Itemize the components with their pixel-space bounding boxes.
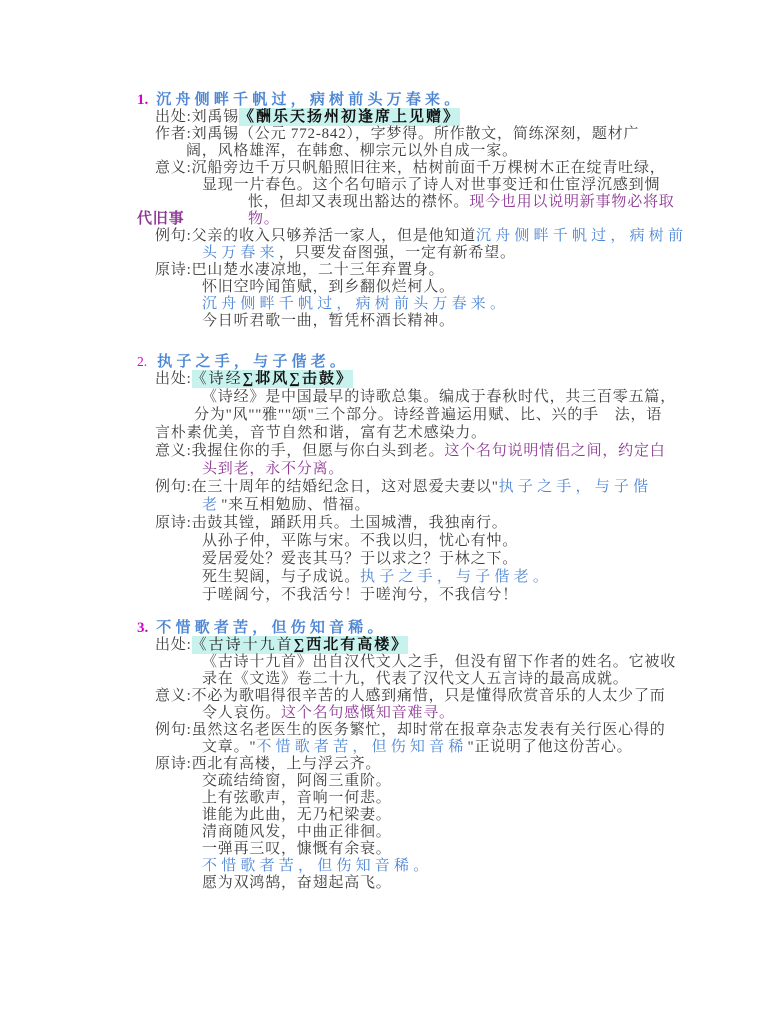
famous-line-text: 不惜歌者苦，但伤知音稀 <box>256 739 467 755</box>
doc-line: 死生契阔，与子成说。执子之手，与子偕老。 <box>0 569 768 586</box>
body-text: 愿为双鸿鹄，奋翅起高飞。 <box>202 875 392 891</box>
section-title: 不惜歌者苦，但伤知音稀。 <box>156 620 386 636</box>
doc-line: 意义:沉船旁边千万只帆船照旧往来，枯树前面千万棵树木正在绽青吐绿， <box>0 160 768 177</box>
body-text: 出处: <box>155 637 192 653</box>
doc-line: 《古诗十九首》出自汉代文人之手，但没有留下作者的姓名。它被收 <box>0 654 768 671</box>
body-text: 阔，风格雄浑，在韩愈、柳宗元以外自成一家。 <box>186 143 518 159</box>
doc-line: 从孙子仲，平陈与宋。不我以归，忧心有忡。 <box>0 533 768 550</box>
annotation-text: 现今也用以说明新事物必将取 <box>469 194 674 210</box>
source-title-highlight: 《诗经 <box>192 370 243 388</box>
annotation-text-bold: 代旧事 <box>137 211 184 227</box>
source-title-highlight-bold: 《酬乐天扬州初逢席上见赠》 <box>239 108 460 126</box>
doc-line: 原诗:击鼓其镗，踊跃用兵。土国城漕，我独南行。 <box>0 515 768 532</box>
doc-line: 录在《文选》卷二十九，代表了汉代文人五言诗的最高成就。 <box>0 671 768 688</box>
doc-line: 原诗:巴山楚水凄凉地，二十三年弃置身。 <box>0 262 768 279</box>
famous-line-text: 不惜歌者苦，但伤知音稀。 <box>202 858 432 874</box>
section-heading: 3.不惜歌者苦，但伤知音稀。 <box>0 620 768 637</box>
body-text: 原诗:击鼓其镗，踊跃用兵。土国城漕，我独南行。 <box>155 515 508 531</box>
doc-line: 令人哀伤。这个名句感慨知音难寻。 <box>0 705 768 722</box>
doc-line: 文章。"不惜歌者苦，但伤知音稀"正说明了他这份苦心。 <box>0 739 768 756</box>
doc-line: 上有弦歌声，音响一何悲。 <box>0 790 768 807</box>
body-text: 今日听君歌一曲，暂凭杯酒长精神。 <box>202 313 455 329</box>
section-number: 2. <box>137 354 147 369</box>
doc-line: 交疏结绮窗，阿阁三重阶。 <box>0 773 768 790</box>
body-text: 谁能为此曲，无乃杞梁妻。 <box>202 807 392 823</box>
source-title-highlight: 《古诗十九首 <box>192 636 294 654</box>
source-title-highlight-bold: ∑西北有高楼》 <box>294 636 409 654</box>
doc-line: 代旧事物。 <box>0 211 768 228</box>
doc-line: 出处:《古诗十九首∑西北有高楼》 <box>0 637 768 654</box>
body-text: 出处:刘禹锡 <box>155 109 239 125</box>
doc-line: 作者:刘禹锡（公元 772-842），字梦得。所作散文，简练深刻，题材广 <box>0 126 768 143</box>
doc-line: 怀旧空吟闻笛赋，到乡翻似烂柯人。 <box>0 279 768 296</box>
body-text: 意义:沉船旁边千万只帆船照旧往来，枯树前面千万棵树木正在绽青吐绿， <box>155 160 666 176</box>
body-text: 交疏结绮窗，阿阁三重阶。 <box>202 773 392 789</box>
annotation-text: 物。 <box>248 211 280 228</box>
body-text: 原诗:巴山楚水凄凉地，二十三年弃置身。 <box>155 262 444 278</box>
doc-line: 愿为双鸿鹄，奋翅起高飞。 <box>0 875 768 892</box>
section-number: 3. <box>137 620 148 636</box>
body-text: 作者:刘禹锡（公元 772-842），字梦得。所作散文，简练深刻，题材广 <box>155 126 639 142</box>
annotation-text: 这个名句感慨知音难寻。 <box>281 705 455 721</box>
doc-line: 言朴素优美，音节自然和谐，富有艺术感染力。 <box>0 425 768 442</box>
body-text: 于嗟阔兮，不我活兮！于嗟洵兮，不我信兮！ <box>202 587 518 603</box>
doc-line: 头到老，永不分离。 <box>0 461 768 478</box>
doc-line: 今日听君歌一曲，暂凭杯酒长精神。 <box>0 313 768 330</box>
doc-line: 出处:刘禹锡《酬乐天扬州初逢席上见赠》 <box>0 109 768 126</box>
doc-line: 怅，但却又表现出豁达的襟怀。现今也用以说明新事物必将取 <box>0 194 768 211</box>
body-text: "来互相勉励、惜福。 <box>221 497 370 513</box>
doc-line: 不惜歌者苦，但伤知音稀。 <box>0 858 768 875</box>
body-text: 令人哀伤。 <box>202 705 281 721</box>
body-text: 录在《文选》卷二十九，代表了汉代文人五言诗的最高成就。 <box>202 671 629 687</box>
doc-line: 例句:在三十周年的结婚纪念日，这对恩爱夫妻以"执子之手，与子偕 <box>0 479 768 496</box>
doc-line: 《诗经》是中国最早的诗歌总集。编成于春秋时代，共三百零五篇， <box>0 389 768 406</box>
body-text: 怅，但却又表现出豁达的襟怀。 <box>248 194 469 210</box>
body-text: ，只要发奋图强，一定有新希望。 <box>279 245 516 261</box>
section-title: 执子之手，与子偕老。 <box>157 354 349 370</box>
doc-line: 分为"风""雅""颂"三个部分。诗经普遍运用赋、比、兴的手 法，语 <box>0 407 768 424</box>
annotation-text: 这个名句说明情侣之间，约定白 <box>444 443 665 459</box>
source-title-highlight-bold: ∑邶风∑击鼓》 <box>243 370 353 388</box>
doc-line: 意义:不必为歌唱得很辛苦的人感到痛惜，只是懂得欣赏音乐的人太少了而 <box>0 688 768 705</box>
section-heading: 1.沉舟侧畔千帆过，病树前头万春来。 <box>0 92 768 109</box>
doc-line: 意义:我握住你的手，但愿与你白头到老。这个名句说明情侣之间，约定白 <box>0 443 768 460</box>
doc-line: 阔，风格雄浑，在韩愈、柳宗元以外自成一家。 <box>0 143 768 160</box>
section-number: 1. <box>137 92 148 108</box>
section-heading: 2.执子之手，与子偕老。 <box>0 353 768 370</box>
doc-line: 显现一片春色。这个名句暗示了诗人对世事变迁和仕宦浮沉感到惆 <box>0 177 768 194</box>
doc-line: 出处:《诗经∑邶风∑击鼓》 <box>0 371 768 388</box>
doc-line: 沉舟侧畔千帆过，病树前头万春来。 <box>0 296 768 313</box>
famous-line-text: 执子之手，与子偕 <box>499 479 653 495</box>
famous-line-text: 头万春来 <box>202 245 279 261</box>
body-text: 意义:不必为歌唱得很辛苦的人感到痛惜，只是懂得欣赏音乐的人太少了而 <box>155 688 666 704</box>
body-text: 显现一片春色。这个名句暗示了诗人对世事变迁和仕宦浮沉感到惆 <box>202 177 660 193</box>
famous-line-text: 执子之手，与子偕老。 <box>360 569 552 585</box>
body-text: 出处: <box>155 371 192 387</box>
body-text: "正说明了他这份苦心。 <box>468 739 633 755</box>
body-text: 意义:我握住你的手，但愿与你白头到老。 <box>155 443 444 459</box>
body-text: 上有弦歌声，音响一何悲。 <box>202 790 392 806</box>
doc-line: 一弹再三叹，慷慨有余衰。 <box>0 841 768 858</box>
famous-line-text: 沉舟侧畔千帆过，病树前 <box>476 228 687 244</box>
body-text: 例句:在三十周年的结婚纪念日，这对恩爱夫妻以" <box>155 479 499 495</box>
body-text: 爱居爱处？爱丧其马？于以求之？于林之下。 <box>202 551 518 567</box>
famous-line-text: 沉舟侧畔千帆过，病树前头万春来。 <box>202 296 509 312</box>
body-text: 例句:虽然这名老医生的医务繁忙，却时常在报章杂志发表有关行医心得的 <box>155 722 666 738</box>
body-text: 清商随风发，中曲正徘徊。 <box>202 824 392 840</box>
doc-line: 爱居爱处？爱丧其马？于以求之？于林之下。 <box>0 551 768 568</box>
body-text: 从孙子仲，平陈与宋。不我以归，忧心有忡。 <box>202 533 518 549</box>
body-text: 例句:父亲的收入只够养活一家人，但是他知道 <box>155 228 476 244</box>
body-text: 《古诗十九首》出自汉代文人之手，但没有留下作者的姓名。它被收 <box>202 654 676 670</box>
body-text: 《诗经》是中国最早的诗歌总集。编成于春秋时代，共三百零五篇， <box>202 389 676 405</box>
body-text: 文章。" <box>202 739 256 755</box>
doc-line: 头万春来，只要发奋图强，一定有新希望。 <box>0 245 768 262</box>
doc-line: 清商随风发，中曲正徘徊。 <box>0 824 768 841</box>
section-title: 沉舟侧畔千帆过，病树前头万春来。 <box>156 92 463 108</box>
body-text: 分为"风""雅""颂"三个部分。诗经普遍运用赋、比、兴的手 法，语 <box>194 407 662 423</box>
body-text: 一弹再三叹，慷慨有余衰。 <box>202 841 392 857</box>
body-text: 原诗:西北有高楼，上与浮云齐。 <box>155 756 381 772</box>
body-text: 言朴素优美，音节自然和谐，富有艺术感染力。 <box>155 425 487 441</box>
doc-line: 例句:虽然这名老医生的医务繁忙，却时常在报章杂志发表有关行医心得的 <box>0 722 768 739</box>
annotation-text: 头到老，永不分离。 <box>202 461 344 477</box>
body-text: 怀旧空吟闻笛赋，到乡翻似烂柯人。 <box>202 279 455 295</box>
famous-line-text: 老 <box>202 497 221 513</box>
doc-line: 原诗:西北有高楼，上与浮云齐。 <box>0 756 768 773</box>
document-page: 1.沉舟侧畔千帆过，病树前头万春来。出处:刘禹锡《酬乐天扬州初逢席上见赠》作者:… <box>0 0 768 1024</box>
doc-line: 谁能为此曲，无乃杞梁妻。 <box>0 807 768 824</box>
body-text: 死生契阔，与子成说。 <box>202 569 360 585</box>
doc-line: 于嗟阔兮，不我活兮！于嗟洵兮，不我信兮！ <box>0 587 768 604</box>
doc-line: 老"来互相勉励、惜福。 <box>0 497 768 514</box>
doc-line: 例句:父亲的收入只够养活一家人，但是他知道沉舟侧畔千帆过，病树前 <box>0 228 768 245</box>
